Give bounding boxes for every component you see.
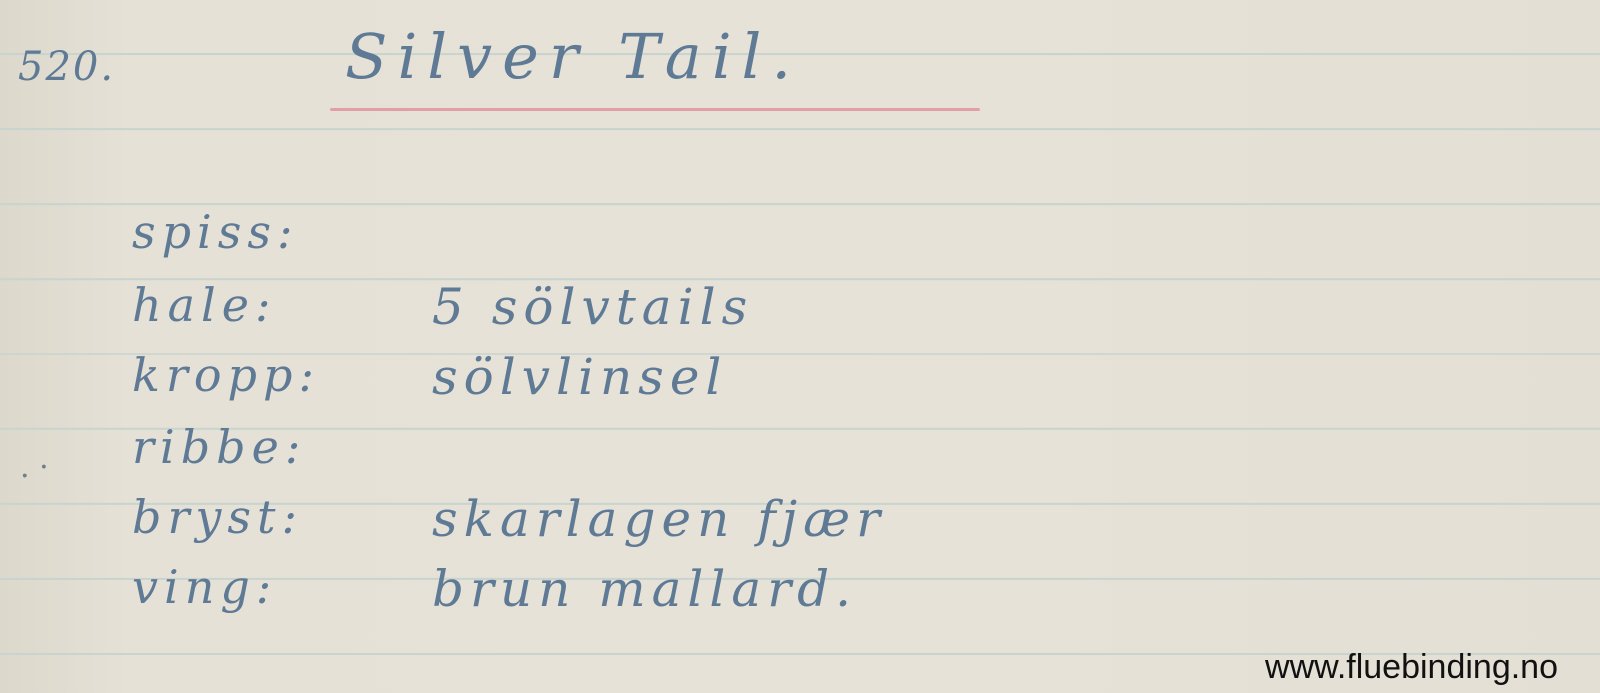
watermark-link: www.fluebinding.no	[1265, 648, 1558, 687]
field-value: 5 sölvtails	[432, 278, 753, 336]
entry-number: 520.	[18, 44, 115, 90]
field-value: brun mallard.	[432, 560, 857, 618]
field-label: hale:	[132, 278, 276, 332]
field-value: skarlagen fjær	[432, 490, 886, 548]
fly-title: Silver Tail.	[345, 20, 801, 93]
margin-marks: . ·	[20, 450, 49, 485]
field-label: spiss:	[132, 205, 298, 259]
field-label: ribbe:	[132, 420, 306, 474]
field-label: kropp:	[132, 348, 320, 402]
field-label: ving:	[132, 560, 277, 614]
field-label: bryst:	[132, 490, 303, 544]
field-value: sölvlinsel	[432, 348, 727, 406]
notebook-page: 520. Silver Tail. . · spiss: hale: 5 söl…	[0, 0, 1600, 693]
title-underline	[330, 108, 980, 111]
